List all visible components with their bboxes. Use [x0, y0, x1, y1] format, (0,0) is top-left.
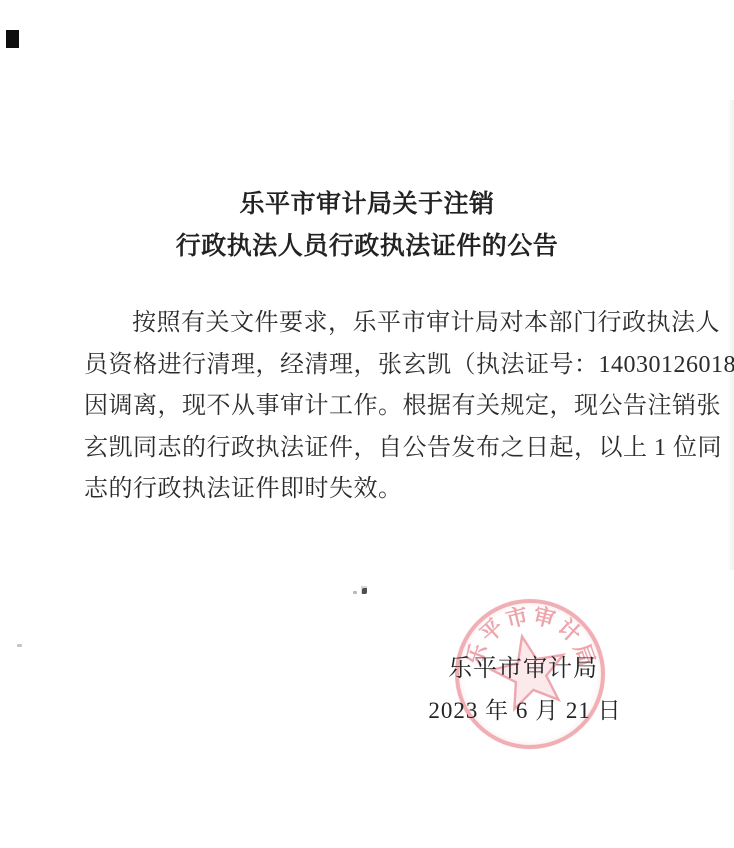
body-line-3: 因调离，现不从事审计工作。根据有关规定，现公告注销张 — [84, 386, 652, 428]
body-line-2: 员资格进行清理，经清理，张玄凯（执法证号：14030126018） — [84, 345, 652, 387]
body-line-1: 按照有关文件要求，乐平市审计局对本部门行政执法人 — [84, 303, 652, 345]
signature-text: 乐平市审计局 — [420, 648, 626, 683]
ink-speck-dark — [361, 586, 367, 594]
date-text: 2023 年 6 月 21 日 — [418, 692, 632, 725]
body-line-5: 志的行政执法证件即时失效。 — [84, 469, 652, 511]
margin-speck — [17, 644, 22, 647]
document-title: 乐平市审计局关于注销 行政执法人员行政执法证件的公告 — [60, 184, 674, 268]
scanned-announcement-page: 乐平市审计局关于注销 行政执法人员行政执法证件的公告 按照有关文件要求，乐平市审… — [0, 0, 734, 848]
announcement-body: 按照有关文件要求，乐平市审计局对本部门行政执法人 员资格进行清理，经清理，张玄凯… — [84, 303, 652, 511]
right-edge-scan-shadow — [727, 100, 734, 570]
document-title-line-2: 行政执法人员行政执法证件的公告 — [60, 226, 674, 268]
ink-speck-light — [353, 591, 357, 594]
document-title-line-1: 乐平市审计局关于注销 — [60, 184, 674, 226]
scan-artifact-square — [6, 30, 19, 48]
body-line-4: 玄凯同志的行政执法证件，自公告发布之日起，以上 1 位同 — [84, 428, 652, 470]
